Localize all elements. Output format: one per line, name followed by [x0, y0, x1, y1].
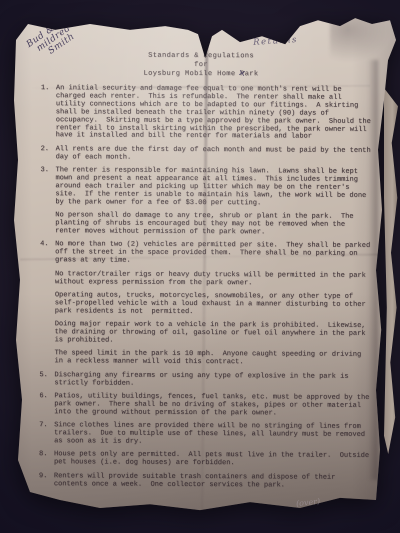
item-text: No more than two (2) vehicles are permit…: [55, 242, 372, 267]
item-number: 9.: [39, 473, 54, 489]
regulation-item: The speed limit in the park is 10 mph. A…: [39, 351, 371, 369]
photo-background: Bud & mildred Smith Returns Standards & …: [0, 0, 400, 533]
handwritten-returns-note: Returns: [253, 35, 298, 48]
item-number: 3.: [40, 167, 55, 207]
item-text: Patios, utility buildings, fences, fuel …: [54, 393, 371, 418]
regulation-item: 3. The renter is responsible for maintai…: [40, 167, 372, 208]
regulations-list: 1. An initial security and damage fee eq…: [39, 85, 373, 496]
regulation-item: 7. Since clothes lines are provided ther…: [39, 422, 371, 447]
item-number: 6.: [39, 393, 54, 417]
paper-document: Bud & mildred Smith Returns Standards & …: [0, 0, 400, 533]
item-number: 7.: [39, 422, 54, 446]
torn-paper-strip: [384, 88, 398, 454]
item-text: An initial security and damage fee equal…: [56, 85, 373, 142]
item-text: Discharging any firearms or using any ty…: [54, 372, 371, 389]
item-number: 2.: [41, 146, 56, 162]
item-text: Renters will provide suitable trash cont…: [54, 473, 371, 490]
item-text: House pets only are permitted. All pets …: [54, 452, 371, 469]
item-text: All rents are due the first day of each …: [56, 146, 373, 163]
item-number: 8.: [39, 452, 54, 468]
document-title: Standards & Regulations for Loysburg Mob…: [1, 51, 400, 79]
item-number: [40, 321, 55, 345]
regulation-item: 1. An initial security and damage fee eq…: [41, 85, 373, 142]
paper-wrapper: Bud & mildred Smith Returns Standards & …: [0, 0, 400, 533]
item-text: Since clothes lines are provided there w…: [54, 422, 371, 447]
regulation-item: 6. Patios, utility buildings, fences, fu…: [39, 393, 371, 418]
item-text: Operating autos, trucks, motorcycles, sn…: [55, 292, 372, 317]
regulation-item: 5. Discharging any firearms or using any…: [39, 372, 371, 390]
regulation-item: 2. All rents are due the first day of ea…: [41, 146, 373, 164]
item-number: 4.: [40, 242, 55, 266]
item-text: Doing major repair work to a vehicle in …: [55, 321, 372, 346]
regulation-item: Operating autos, trucks, motorcycles, sn…: [40, 292, 372, 317]
item-text: The speed limit in the park is 10 mph. A…: [54, 351, 371, 368]
item-number: [39, 351, 54, 367]
item-number: 5.: [39, 372, 54, 388]
regulation-item: Doing major repair work to a vehicle in …: [40, 321, 372, 346]
item-text: No person shall do damage to any tree, s…: [55, 212, 372, 237]
item-number: [40, 271, 55, 287]
title-line-3: Loysburg Mobile Home Park: [1, 69, 400, 80]
regulation-item: No person shall do damage to any tree, s…: [40, 212, 372, 237]
item-number: 1.: [41, 85, 56, 140]
item-number: [40, 292, 55, 316]
regulation-item: 8. House pets only are permitted. All pe…: [39, 452, 371, 470]
document-content: Bud & mildred Smith Returns Standards & …: [0, 0, 400, 533]
item-text: No tractor/trailer rigs or heavy duty tr…: [55, 271, 372, 288]
item-text: The renter is responsible for maintainin…: [55, 167, 372, 208]
regulation-item: 4. No more than two (2) vehicles are per…: [40, 242, 372, 267]
regulation-item: 9. Renters will provide suitable trash c…: [39, 473, 371, 491]
item-number: [40, 212, 55, 236]
regulation-item: No tractor/trailer rigs or heavy duty tr…: [40, 271, 372, 289]
